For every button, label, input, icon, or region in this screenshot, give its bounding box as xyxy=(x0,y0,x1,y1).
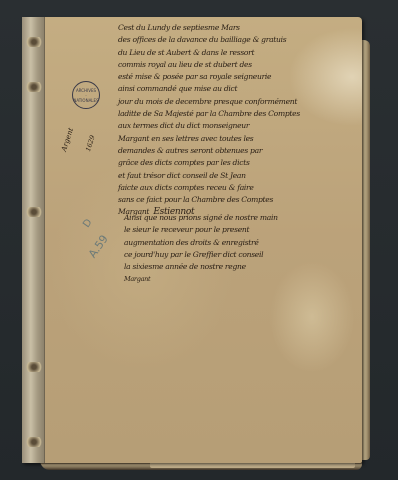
manuscript-line: Ainsi que nous prions signé de nostre ma… xyxy=(124,212,278,224)
manuscript-line: Margant en ses lettres avec toutes les xyxy=(118,133,300,145)
manuscript-line: Cest du Lundy de septiesme Mars xyxy=(118,22,300,34)
signature: Margant xyxy=(124,273,278,285)
manuscript-line: grâce des dicts comptes par les dicts xyxy=(118,157,300,169)
manuscript-line: ce jourd'huy par le Greffier dict consei… xyxy=(124,249,278,261)
manuscript-line: la sixiesme année de nostre regne xyxy=(124,261,278,273)
stamp-text: NATIONALES xyxy=(73,98,98,103)
manuscript-line: esté mise & posée par sa royale seigneur… xyxy=(118,71,300,83)
manuscript-line: jour du mois de decembre presque conform… xyxy=(118,96,300,108)
manuscript-line: sans ce faict pour la Chambre des Compte… xyxy=(118,194,300,206)
manuscript-line: faicte aux dicts comptes receu & faire xyxy=(118,182,300,194)
manuscript-line: augmentation des droits & enregistré xyxy=(124,237,278,249)
manuscript-line: le sieur le receveur pour le present xyxy=(124,224,278,236)
binding-stitch xyxy=(24,437,44,447)
manuscript-line: des offices de la davance du bailliage &… xyxy=(118,34,300,46)
archive-stamp-icon: ARCHIVES · NATIONALES xyxy=(72,81,100,109)
binding-stitch xyxy=(24,207,44,217)
manuscript-line: et faut trésor dict conseil de St Jean xyxy=(118,170,300,182)
binding-spine xyxy=(22,17,45,463)
binding-stitch xyxy=(24,362,44,372)
manuscript-line: ainsi commandé que mise au dict xyxy=(118,83,300,95)
manuscript-line: aux termes dict du dict monseigneur xyxy=(118,120,300,132)
binding-stitch xyxy=(24,37,44,47)
text-block-2: Ainsi que nous prions signé de nostre ma… xyxy=(124,212,278,286)
manuscript-line: laditte de Sa Majesté par la Chambre des… xyxy=(118,108,300,120)
binding-stitch xyxy=(24,82,44,92)
text-block-1: Cest du Lundy de septiesme Mars des offi… xyxy=(118,22,300,219)
manuscript-line: du Lieu de st Aubert & dans le ressort xyxy=(118,47,300,59)
manuscript-line: demandes & autres seront obtenues par xyxy=(118,145,300,157)
manuscript-line: commis royal au lieu de st dubert des xyxy=(118,59,300,71)
